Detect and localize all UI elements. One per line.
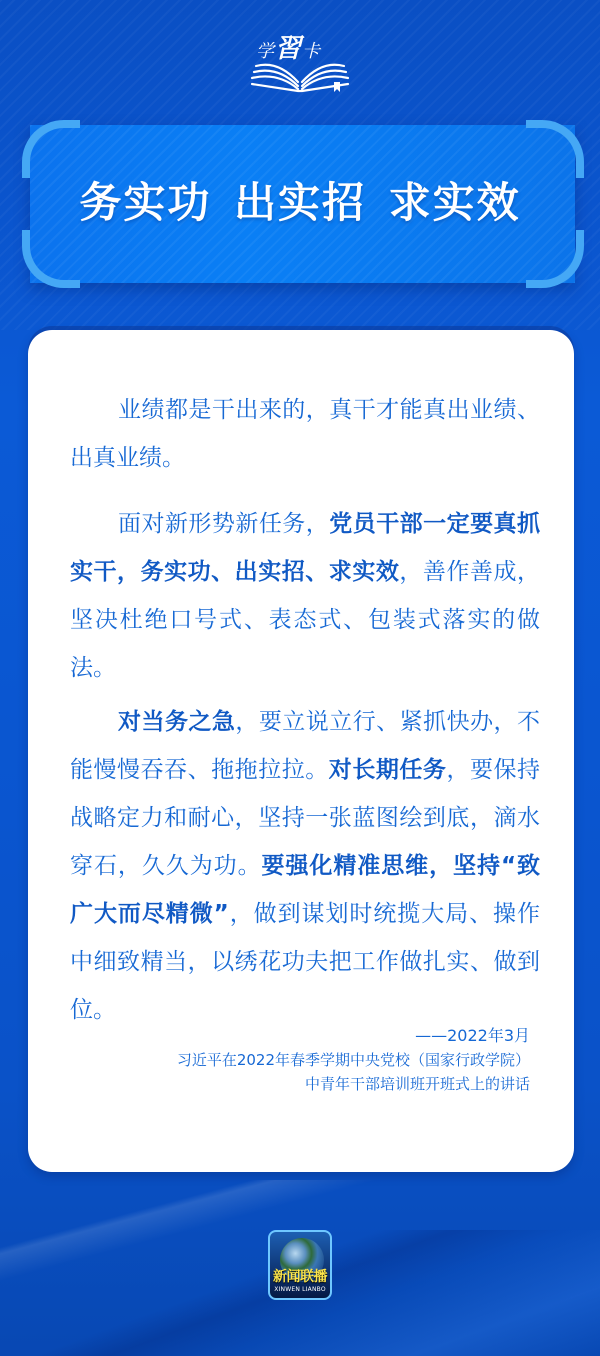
quote-card: 业绩都是干出来的，真干才能真出业绩、出真业绩。 面对新形势新任务，党员干部一定要… [28, 330, 574, 1172]
news-logo-pinyin: XINWEN LIANBO [270, 1286, 330, 1293]
paragraph-2-text: 面对新形势新任务， [118, 511, 329, 537]
paragraph-1-text: 业绩都是干出来的，真干才能真出业绩、出真业绩。 [70, 397, 540, 471]
paragraph-3-emphasis: 对当务之急 [118, 709, 235, 735]
paragraph-1: 业绩都是干出来的，真干才能真出业绩、出真业绩。 [70, 386, 540, 482]
paragraph-2: 面对新形势新任务，党员干部一定要真抓实干，务实功、出实招、求实效，善作善成，坚决… [70, 500, 540, 692]
source-date: ——2022年3月 [30, 1024, 530, 1048]
source-line-2: 中青年干部培训班开班式上的讲话 [30, 1072, 530, 1096]
bracket-bottom-right [526, 230, 584, 288]
news-logo-chinese: 新闻联播 [270, 1266, 330, 1286]
open-book-icon [250, 58, 350, 94]
paragraph-3: 对当务之急，要立说立行、紧抓快办，不能慢慢吞吞、拖拖拉拉。对长期任务，要保持战略… [70, 698, 540, 1034]
xinwen-lianbo-logo: 新闻联播 XINWEN LIANBO [268, 1230, 332, 1300]
paragraph-3-emphasis: 对长期任务 [329, 757, 447, 783]
headline-title: 务实功 出实招 求实效 [0, 170, 600, 230]
source-line-1: 习近平在2022年春季学期中央党校（国家行政学院） [30, 1048, 530, 1072]
xuexika-logo: 学習卡 [250, 28, 350, 94]
